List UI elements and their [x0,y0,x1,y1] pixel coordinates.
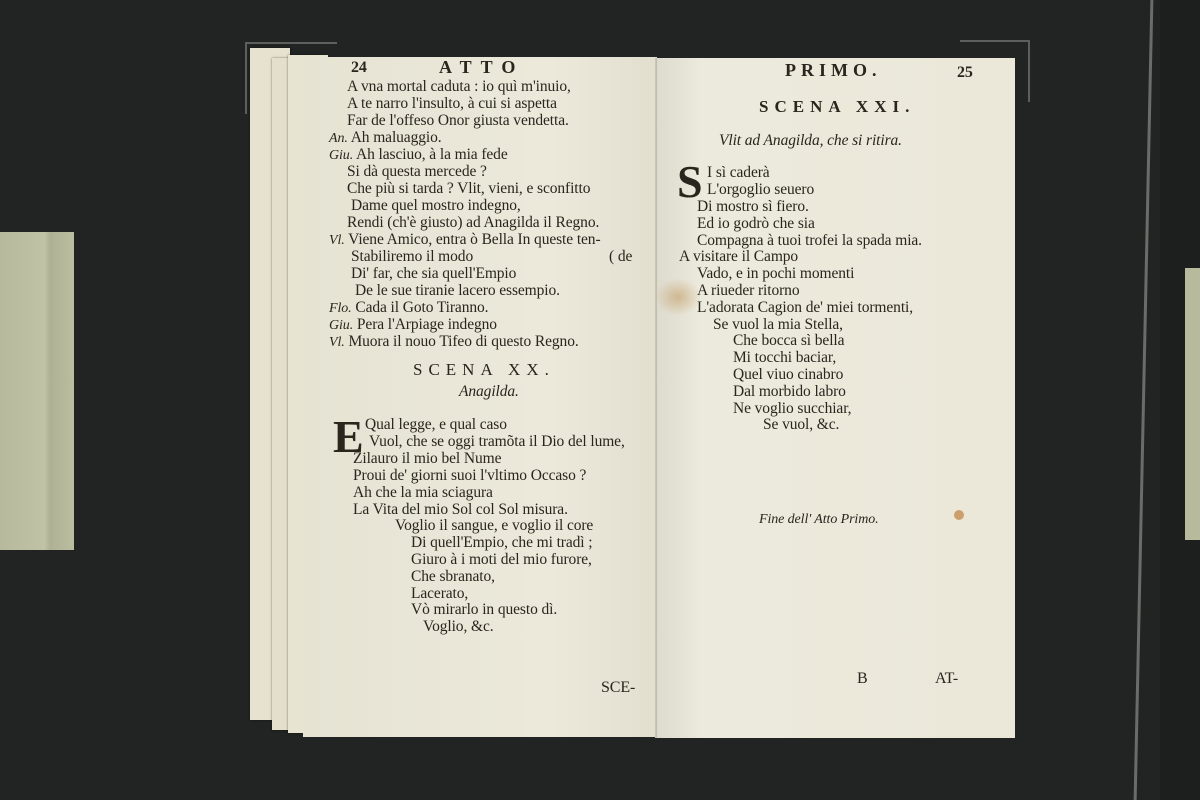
verse-line: Vò mirarlo in questo dì. [411,601,557,618]
ink-spot [954,510,964,520]
stage-direction: Vlit ad Anagilda, che si ritira. [719,132,902,149]
verse-line: Di' far, che sia quell'Empio [351,265,516,282]
verse-line: Zilauro il mio bel Nume [353,450,501,467]
verse-line: Voglio il sangue, e voglio il core [395,517,593,534]
verse-line: Stabiliremo il modo [351,248,473,265]
verse-line: Dal morbido labro [733,383,846,400]
scene-title: SCENA XXI. [759,98,915,115]
verse-line: Rendi (ch'è giusto) ad Anagilda il Regno… [347,214,599,231]
scene-title: SCENA XX. [413,361,555,378]
verse-line: Pera l'Arpiage indegno [357,316,497,333]
verse-line: Qual legge, e qual caso [365,416,507,433]
verse-line: A vna mortal caduta : io quì m'inuio, [347,78,571,95]
verse-line: Voglio, &c. [423,618,494,635]
right-page: PRIMO. 25 SCENA XXI. Vlit ad Anagilda, c… [657,58,1015,738]
verse-line: La Vita del mio Sol col Sol misura. [353,501,568,518]
verse-line: A riueder ritorno [697,282,799,299]
page-number: 24 [351,59,367,76]
foxing-stain [655,278,701,316]
verse-line: A visitare il Campo [679,248,798,265]
verse-line: Compagna à tuoi trofei la spada mia. [697,232,922,249]
verse-line: Cada il Goto Tiranno. [355,299,488,316]
verse-line: L'orgoglio seuero [707,181,814,198]
verse-line: I sì caderà [707,164,770,181]
verse-line: Muora il nouo Tifeo di questo Regno. [348,333,578,350]
verse-line: De le sue tiranie lacero essempio. [355,282,560,299]
verse-line: Che più si tarda ? Vlit, vieni, e sconfi… [347,180,590,197]
speaker-label: Vl. [329,233,345,248]
verse-line: Lacerato, [411,585,468,602]
verse-line: Se vuol, &c. [763,416,839,433]
speaker-label: Vl. [329,335,345,350]
verse-line: Ed io godrò che sia [697,215,815,232]
verse-line: Di mostro sì fiero. [697,198,809,215]
verse-line: L'adorata Cagion de' miei tormenti, [697,299,913,316]
verse-line: Mi tocchi baciar, [733,349,836,366]
verse-line: Se vuol la mia Stella, [713,316,843,333]
masking-tape-left [0,232,74,550]
verse-line: Che sbranato, [411,568,495,585]
verse-line: Proui de' giorni suoi l'vltimo Occaso ? [353,467,586,484]
verse-line: Viene Amico, entra ò Bella In queste ten… [348,231,600,248]
masking-tape-right [1185,268,1200,540]
verse-line: Vuol, che se oggi tramõta il Dio del lum… [369,433,625,450]
verse-line: Far de l'offeso Onor giusta vendetta. [347,112,569,129]
verse-line: Quel viuo cinabro [733,366,843,383]
scene-character: Anagilda. [459,383,519,400]
verse-line: Vado, e in pochi momenti [697,265,854,282]
verse-line: A te narro l'insulto, à cui si aspetta [347,95,557,112]
signature-mark: B [857,670,868,687]
verse-line: Ah lasciuo, à la mia fede [356,146,508,163]
verse-line: Giuro à i moti del mio furore, [411,551,592,568]
running-head: ATTO [439,59,524,76]
page-number: 25 [957,64,973,81]
catchword: SCE- [601,679,635,696]
verse-line: Che bocca sì bella [733,332,844,349]
verse-line: Dame quel mostro indegno, [351,197,521,214]
verse-line: Di quell'Empio, che mi tradì ; [411,534,592,551]
verse-line: Ne voglio succhiar, [733,400,851,417]
speaker-label: Flo. [329,301,352,316]
left-page: 24 ATTO A vna mortal caduta : io quì m'i… [303,57,657,737]
verse-line: Si dà questa mercede ? [347,163,487,180]
speaker-label: An. [329,131,348,146]
verse-line: Ah maluaggio. [351,129,442,146]
drop-cap: S [677,162,703,202]
speaker-label: Giu. [329,148,353,163]
running-head: PRIMO. [785,62,882,79]
turnover-text: ( de [609,248,632,265]
verse-line: Ah che la mia sciagura [353,484,493,501]
catchword: AT- [935,670,958,687]
end-of-act-note: Fine dell' Atto Primo. [759,511,879,528]
speaker-label: Giu. [329,318,353,333]
